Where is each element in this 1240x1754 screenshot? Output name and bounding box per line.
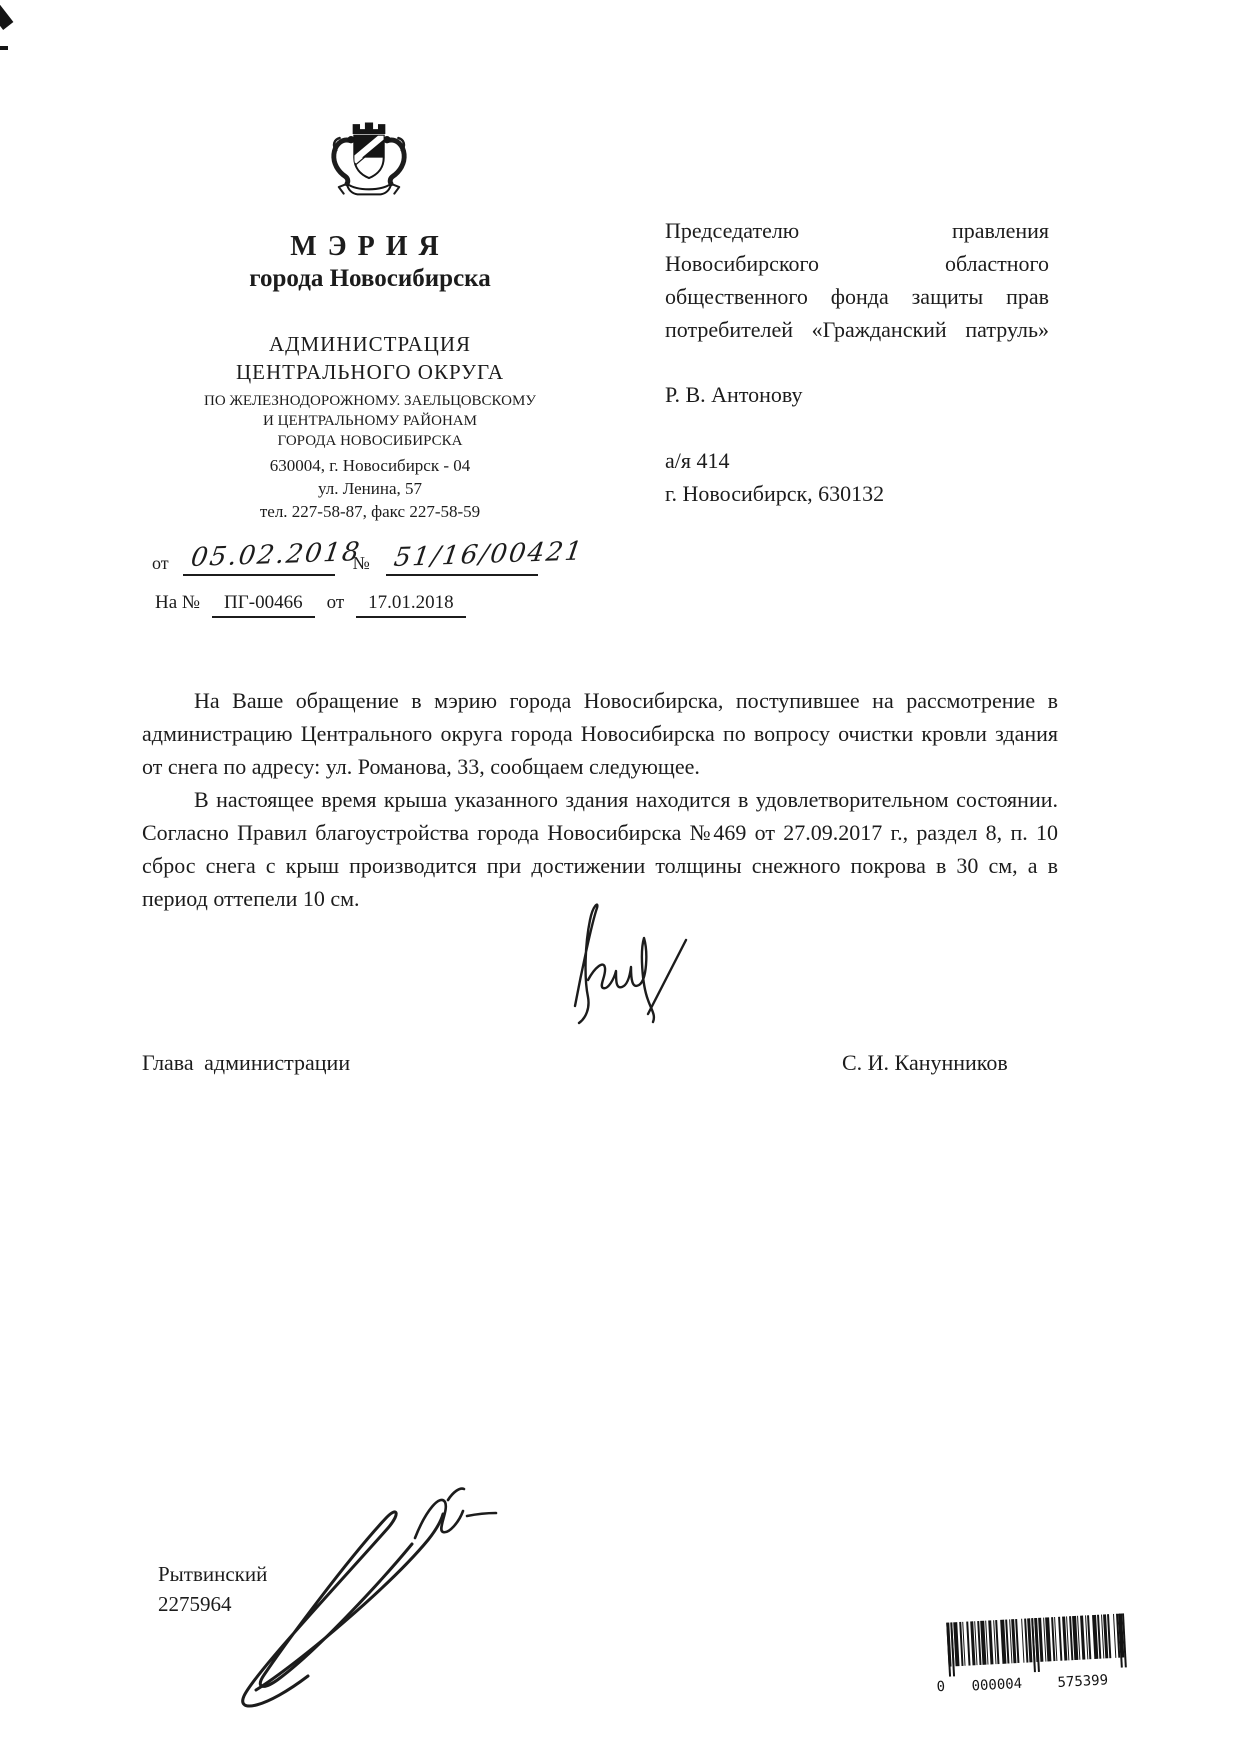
- address-line-1: 630004, г. Новосибирск - 04: [150, 454, 590, 477]
- incoming-from-label: от: [327, 592, 345, 614]
- org-title: МЭРИЯ: [150, 230, 590, 264]
- incoming-number: ПГ-00466: [212, 592, 315, 618]
- dept-line-2: ЦЕНТРАЛЬНОГО ОКРУГА: [150, 358, 590, 386]
- letterhead: МЭРИЯ города Новосибирска АДМИНИСТРАЦИЯ …: [150, 230, 590, 523]
- scan-artifact-dot: [0, 46, 8, 50]
- district-line-1: ПО ЖЕЛЕЗНОДОРОЖНОМУ. ЗАЕЛЬЦОВСКОМУ: [150, 391, 590, 411]
- executor-signature-handwriting: [190, 1476, 502, 1714]
- org-subtitle: города Новосибирска: [150, 264, 590, 294]
- incoming-date: 17.01.2018: [356, 592, 466, 618]
- outgoing-number-handwritten: 51/16/00421: [392, 536, 586, 573]
- incoming-reference-line: На № ПГ-00466 от 17.01.2018: [155, 592, 478, 618]
- recipient-name: Р. В. Антонову: [665, 382, 803, 408]
- outgoing-reference-line: от 05.02.2018 № 51/16/00421: [152, 536, 592, 576]
- district-line-2: И ЦЕНТРАЛЬНОМУ РАЙОНАМ: [150, 411, 590, 431]
- outgoing-number-field: 51/16/00421: [386, 536, 538, 576]
- signer-title: Глава администрации: [142, 1050, 350, 1076]
- body-paragraph-1: На Ваше обращение в мэрию города Новосиб…: [142, 684, 1058, 783]
- scanned-letter-page: МЭРИЯ города Новосибирска АДМИНИСТРАЦИЯ …: [0, 0, 1240, 1754]
- barcode-digits-right: 575399: [1057, 1672, 1108, 1691]
- dept-line-1: АДМИНИСТРАЦИЯ: [150, 330, 590, 358]
- novosibirsk-coat-of-arms-icon: [320, 114, 418, 216]
- recipient-line-2: Новосибирского областного: [665, 247, 1049, 280]
- district-line-3: ГОРОДА НОВОСИБИРСКА: [150, 431, 590, 451]
- letter-body: На Ваше обращение в мэрию города Новосиб…: [142, 684, 1058, 915]
- address-line-3: тел. 227-58-87, факс 227-58-59: [150, 500, 590, 523]
- address-line-2: ул. Ленина, 57: [150, 477, 590, 500]
- head-signature-handwriting: [545, 896, 697, 1033]
- recipient-line-3: общественного фонда защиты прав: [665, 280, 1049, 313]
- recipient-line-1: Председателю правления: [665, 214, 1049, 247]
- outgoing-date-handwritten: 05.02.2018: [189, 537, 363, 573]
- recipient-city: г. Новосибирск, 630132: [665, 481, 884, 507]
- recipient-po-box: а/я 414: [665, 448, 730, 474]
- signer-name: С. И. Канунников: [842, 1050, 1008, 1076]
- incoming-label: На №: [155, 592, 200, 614]
- outgoing-date-field: 05.02.2018: [183, 536, 335, 576]
- barcode-digits-left: 000004: [971, 1676, 1022, 1695]
- recipient-line-4: потребителей «Гражданский патруль»: [665, 313, 1049, 346]
- barcode: 0 000004 575399: [932, 1605, 1142, 1704]
- barcode-digit-leading: 0: [936, 1679, 945, 1695]
- recipient-block: Председателю правления Новосибирского об…: [665, 214, 1049, 346]
- outgoing-from-label: от: [152, 553, 169, 576]
- scan-artifact-corner: [0, 0, 13, 30]
